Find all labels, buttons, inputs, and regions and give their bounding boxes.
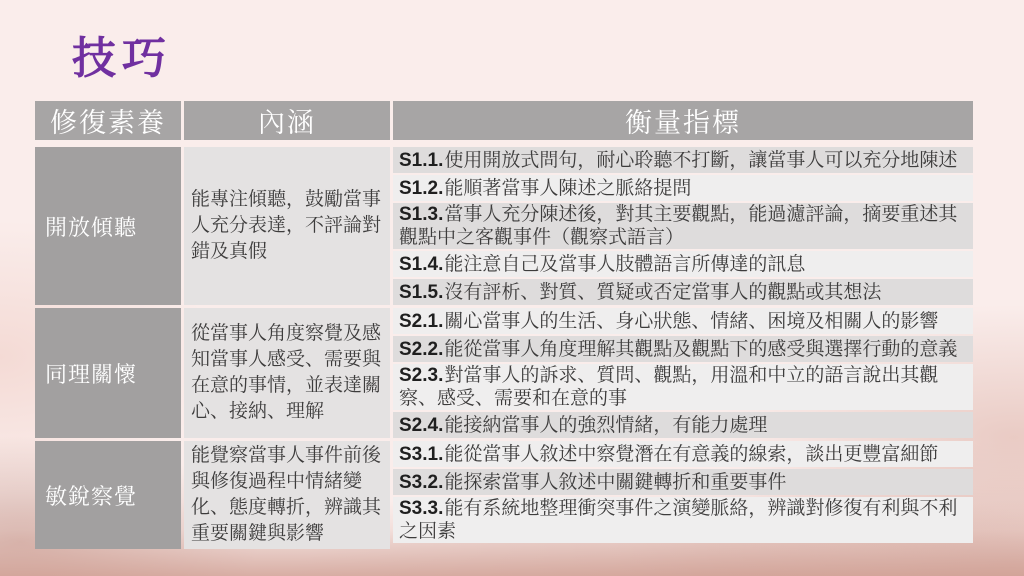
indicator-code: S1.4. bbox=[399, 254, 443, 275]
indicator-list: S2.1.關心當事人的生活、身心狀態、情緒、困境及相關人的影響 S2.2.能從當… bbox=[393, 308, 973, 438]
indicator-row: S1.4.能注意自己及當事人肢體語言所傳達的訊息 bbox=[393, 251, 973, 277]
meaning-text: 能覺察當事人事件前後與修復過程中情緒變化、態度轉折，辨識其重要關鍵與影響 bbox=[191, 443, 387, 547]
indicator-row: S2.3.對當事人的訴求、質問、觀點，用溫和中立的語言說出其觀察、感受、需要和在… bbox=[393, 364, 973, 410]
indicator-text: 能從當事人角度理解其觀點及觀點下的感受與選擇行動的意義 bbox=[444, 339, 957, 360]
indicator-code: S3.1. bbox=[399, 444, 443, 465]
indicator-row: S3.2.能探索當事人敘述中關鍵轉折和重要事件 bbox=[393, 469, 973, 495]
header-cell-meaning: 內涵 bbox=[184, 101, 390, 140]
skills-table: 修復素養 內涵 衡量指標 開放傾聽 能專注傾聽，鼓勵當事人充分表達，不評論對錯及… bbox=[35, 101, 973, 549]
indicator-text: 能注意自己及當事人肢體語言所傳達的訊息 bbox=[444, 254, 805, 275]
indicator-code: S1.2. bbox=[399, 178, 443, 199]
indicator-list: S3.1.能從當事人敘述中察覺潛在有意義的線索，談出更豐富細節 S3.2.能探索… bbox=[393, 441, 973, 549]
indicator-code: S3.2. bbox=[399, 472, 443, 493]
indicator-row: S2.4.能接納當事人的強烈情緒，有能力處理 bbox=[393, 412, 973, 438]
indicator-text: 能從當事人敘述中察覺潛在有意義的線索，談出更豐富細節 bbox=[444, 444, 938, 465]
indicator-text: 能順著當事人陳述之脈絡提問 bbox=[444, 178, 691, 199]
indicator-row: S1.2.能順著當事人陳述之脈絡提問 bbox=[393, 175, 973, 201]
competency-cell: 開放傾聽 bbox=[35, 147, 181, 305]
indicator-row: S2.2.能從當事人角度理解其觀點及觀點下的感受與選擇行動的意義 bbox=[393, 336, 973, 362]
meaning-cell: 從當事人角度察覺及感知當事人感受、需要與在意的事情，並表達關心、接納、理解 bbox=[184, 308, 390, 438]
indicator-text: 沒有評析、對質、質疑或否定當事人的觀點或其想法 bbox=[444, 282, 881, 303]
indicator-row: S1.5.沒有評析、對質、質疑或否定當事人的觀點或其想法 bbox=[393, 279, 973, 305]
indicator-row: S1.3.當事人充分陳述後，對其主要觀點，能過濾評論，摘要重述其觀點中之客觀事件… bbox=[393, 203, 973, 249]
indicator-row: S3.1.能從當事人敘述中察覺潛在有意義的線索，談出更豐富細節 bbox=[393, 441, 973, 467]
competency-cell: 同理關懷 bbox=[35, 308, 181, 438]
indicator-code: S1.1. bbox=[399, 150, 443, 171]
header-cell-indicators: 衡量指標 bbox=[393, 101, 973, 140]
indicator-code: S3.3. bbox=[399, 498, 443, 519]
indicator-text: 關心當事人的生活、身心狀態、情緒、困境及相關人的影響 bbox=[444, 311, 938, 332]
indicator-row: S2.1.關心當事人的生活、身心狀態、情緒、困境及相關人的影響 bbox=[393, 308, 973, 334]
indicator-text: 使用開放式問句，耐心聆聽不打斷，讓當事人可以充分地陳述 bbox=[444, 150, 957, 171]
meaning-text: 能專注傾聽，鼓勵當事人充分表達，不評論對錯及真假 bbox=[191, 187, 387, 265]
meaning-text: 從當事人角度察覺及感知當事人感受、需要與在意的事情，並表達關心、接納、理解 bbox=[191, 321, 387, 425]
table-row-group-keen-awareness: 敏銳察覺 能覺察當事人事件前後與修復過程中情緒變化、態度轉折，辨識其重要關鍵與影… bbox=[35, 441, 973, 549]
indicator-code: S1.3. bbox=[399, 204, 443, 225]
indicator-code: S2.4. bbox=[399, 415, 443, 436]
meaning-cell: 能覺察當事人事件前後與修復過程中情緒變化、態度轉折，辨識其重要關鍵與影響 bbox=[184, 441, 390, 549]
indicator-text: 能接納當事人的強烈情緒，有能力處理 bbox=[444, 415, 767, 436]
indicator-row: S1.1.使用開放式問句，耐心聆聽不打斷，讓當事人可以充分地陳述 bbox=[393, 147, 973, 173]
indicator-text: 當事人充分陳述後，對其主要觀點，能過濾評論，摘要重述其觀點中之客觀事件（觀察式語… bbox=[399, 204, 957, 248]
table-row-group-open-listening: 開放傾聽 能專注傾聽，鼓勵當事人充分表達，不評論對錯及真假 S1.1.使用開放式… bbox=[35, 147, 973, 305]
indicator-text: 對當事人的訴求、質問、觀點，用溫和中立的語言說出其觀察、感受、需要和在意的事 bbox=[399, 365, 938, 409]
indicator-row: S3.3.能有系統地整理衝突事件之演變脈絡，辨識對修復有利與不利之因素 bbox=[393, 497, 973, 543]
competency-cell: 敏銳察覺 bbox=[35, 441, 181, 549]
indicator-text: 能有系統地整理衝突事件之演變脈絡，辨識對修復有利與不利之因素 bbox=[399, 498, 957, 542]
indicator-code: S2.2. bbox=[399, 339, 443, 360]
indicator-code: S1.5. bbox=[399, 282, 443, 303]
page-title: 技巧 bbox=[72, 22, 172, 86]
header-cell-competency: 修復素養 bbox=[35, 101, 181, 140]
indicator-list: S1.1.使用開放式問句，耐心聆聽不打斷，讓當事人可以充分地陳述 S1.2.能順… bbox=[393, 147, 973, 305]
indicator-text: 能探索當事人敘述中關鍵轉折和重要事件 bbox=[444, 472, 786, 493]
table-header-row: 修復素養 內涵 衡量指標 bbox=[35, 101, 973, 140]
meaning-cell: 能專注傾聽，鼓勵當事人充分表達，不評論對錯及真假 bbox=[184, 147, 390, 305]
indicator-code: S2.1. bbox=[399, 311, 443, 332]
indicator-code: S2.3. bbox=[399, 365, 443, 386]
table-row-group-empathic-care: 同理關懷 從當事人角度察覺及感知當事人感受、需要與在意的事情，並表達關心、接納、… bbox=[35, 308, 973, 438]
